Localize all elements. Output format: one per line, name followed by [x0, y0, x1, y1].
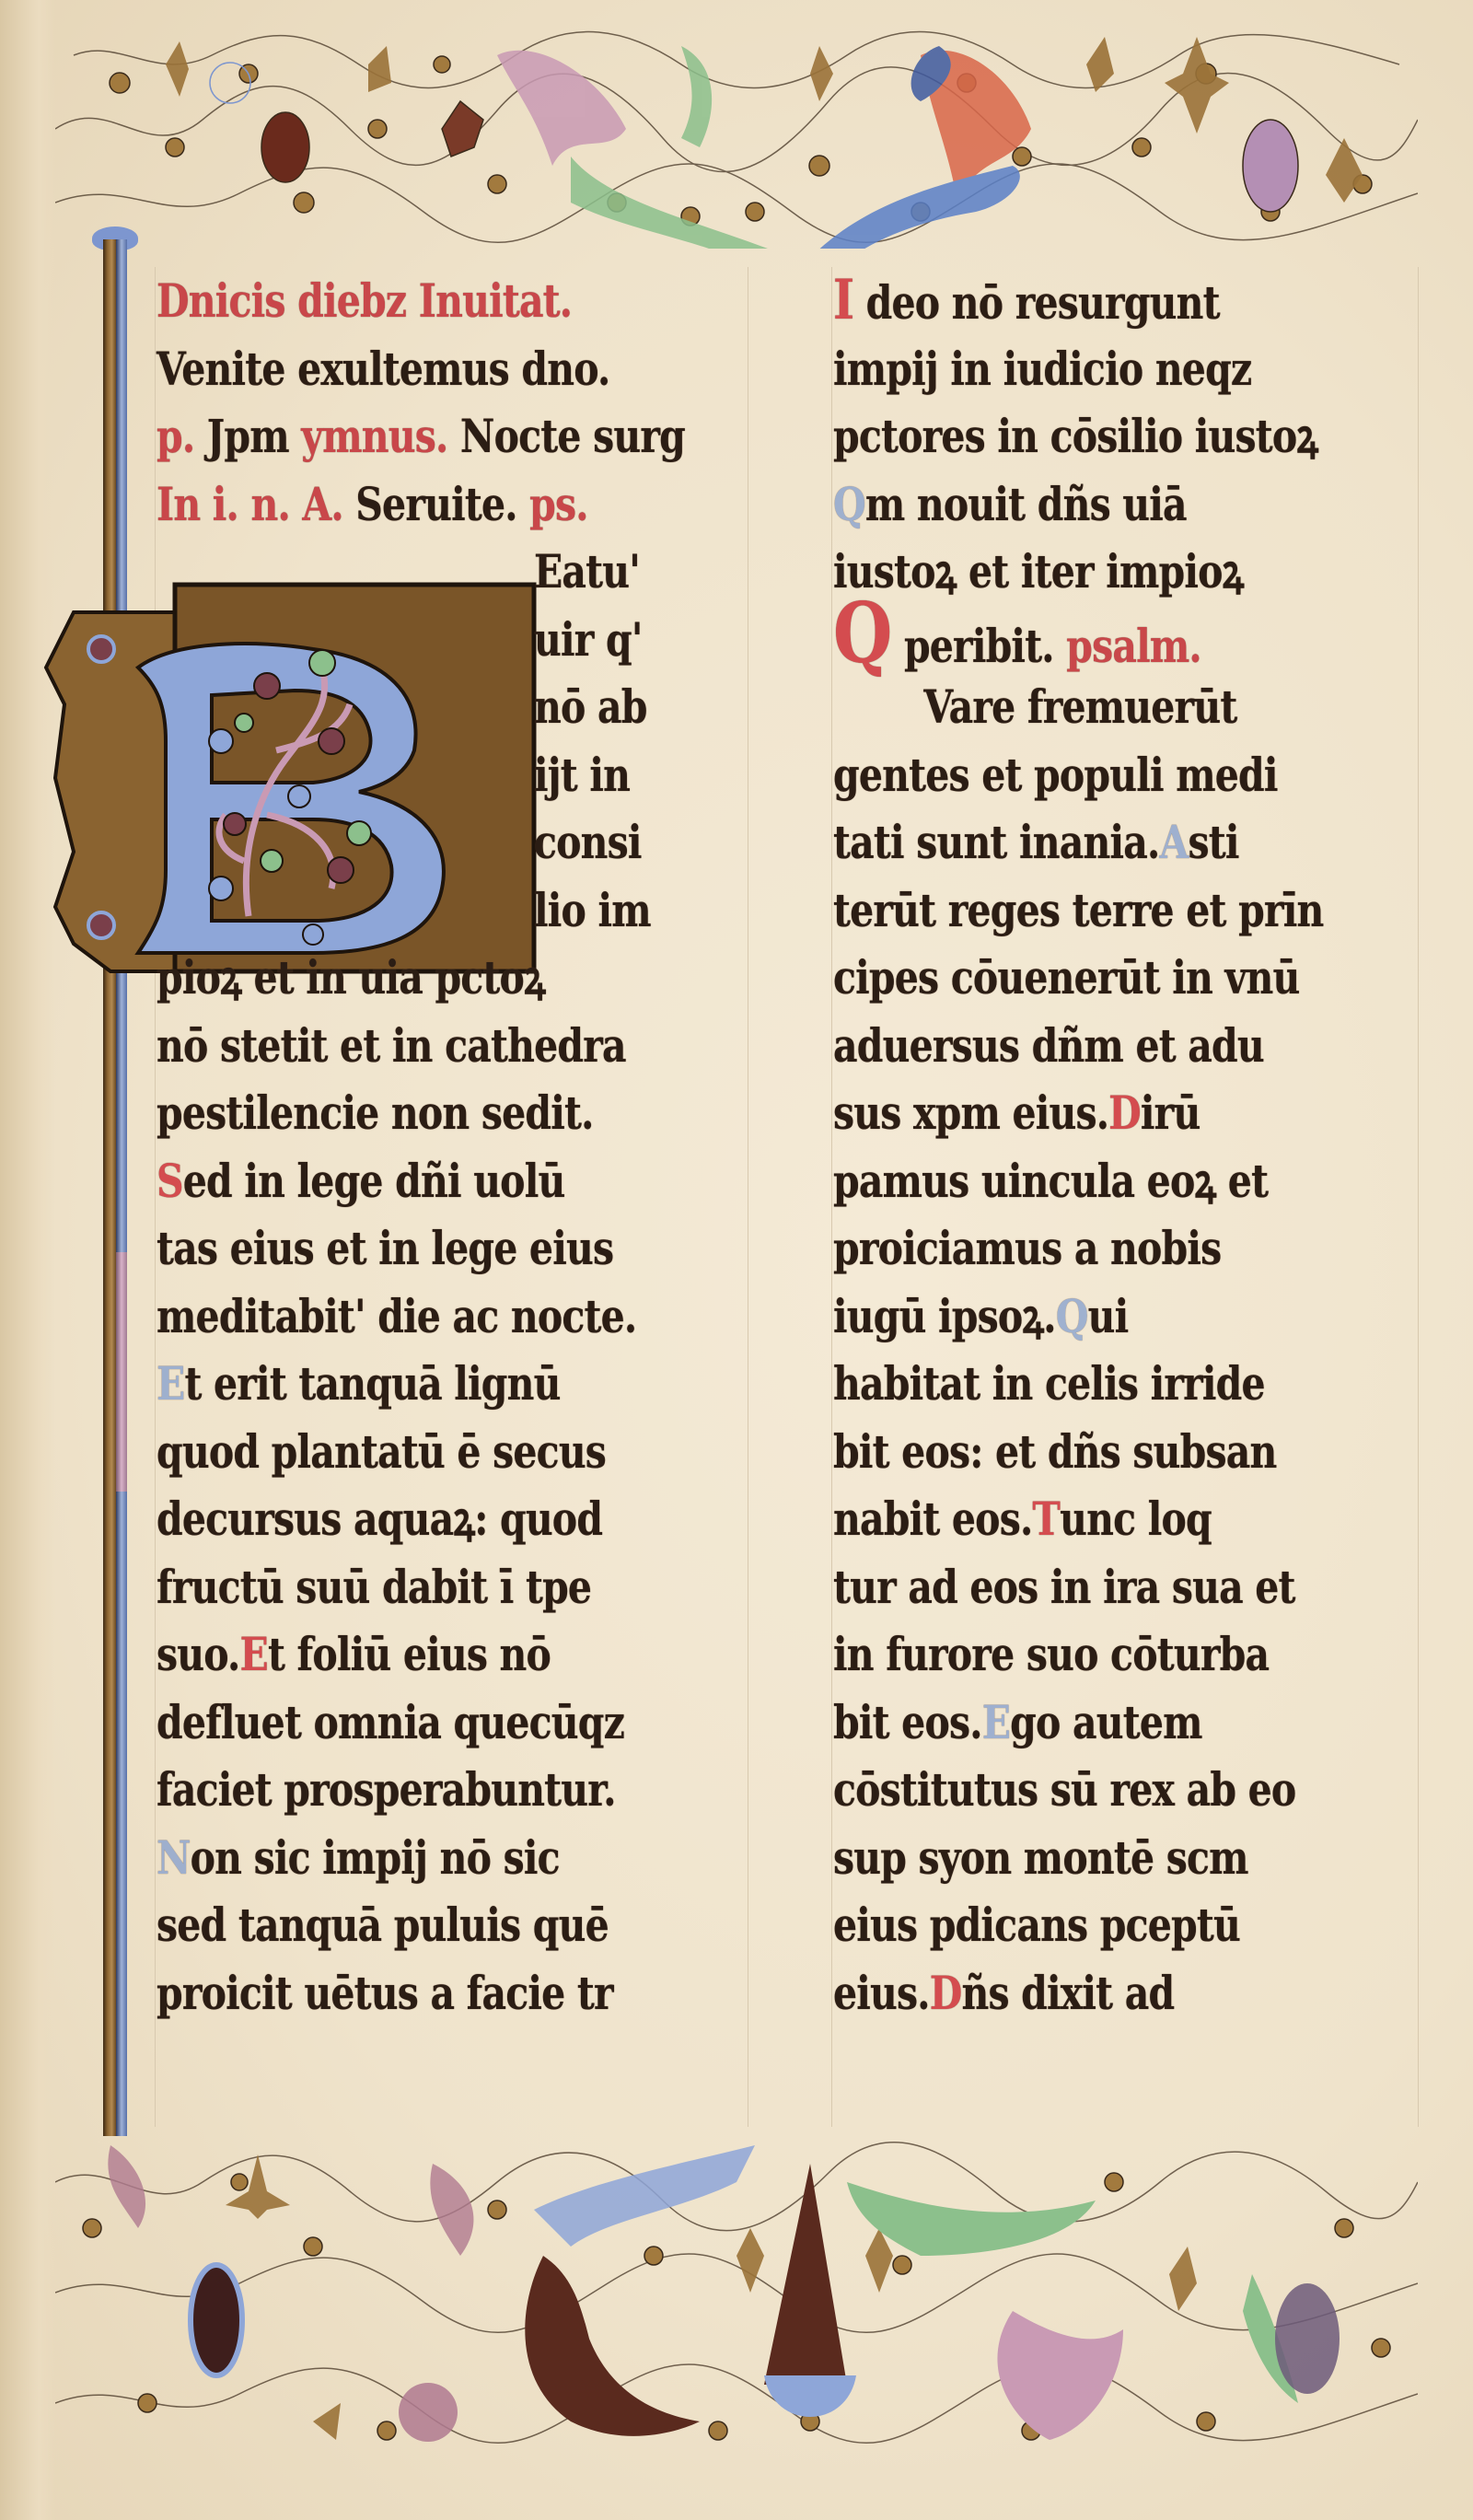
text-span: eius.: [833, 1966, 930, 2020]
minor-initial: T: [1032, 1485, 1060, 1553]
text-line: nō stetit et in cathedra: [157, 1012, 640, 1080]
text-line: sus xpm eius.Dirū: [833, 1079, 1316, 1147]
text-line: Eatu': [157, 538, 640, 606]
text-line: Sed in lege dñi uolū: [157, 1147, 640, 1215]
text-line: I deo nō resurgunt: [833, 267, 1316, 335]
rubric-text: In i. n. A.: [157, 477, 355, 531]
text-line: terūt reges terre et prīn: [833, 877, 1316, 945]
text-line: iugū ipsoꝝ.Qui: [833, 1283, 1316, 1351]
ruling-right-col-left: [831, 267, 832, 2127]
text-span: Seruite.: [355, 477, 529, 531]
text-line: aduersus dñm et adu: [833, 1012, 1316, 1080]
text-line: Et erit tanquā lignū: [157, 1350, 640, 1418]
text-span: peribit.: [904, 619, 1054, 673]
text-span: unc loq: [1060, 1492, 1212, 1546]
minor-initial: Q: [833, 470, 865, 539]
minor-initial: A: [1159, 808, 1188, 877]
text-span: m nouit dñs uiā: [865, 477, 1187, 531]
minor-initial: Q: [1056, 1283, 1088, 1351]
manuscript-page: Dnicis diebz Inuitat. Venite exultemus d…: [0, 0, 1473, 2520]
text-line: nabit eos.Tunc loq: [833, 1485, 1316, 1553]
text-span: Nocte surg: [460, 409, 685, 463]
text-line: consi: [157, 808, 640, 877]
text-span: t erit tanquā lignū: [184, 1356, 560, 1411]
bar-blue-stripe: [116, 239, 127, 2136]
text-line: eius pdicans pceptū: [833, 1891, 1316, 1959]
text-line: cōstitutus sū rex ab eo: [833, 1756, 1316, 1824]
text-line: sed tanquā puluis quē: [157, 1891, 640, 1959]
minor-initial: D: [930, 1959, 962, 2027]
text-line: habitat in celis irride: [833, 1350, 1316, 1418]
large-red-initial: Q: [833, 606, 891, 661]
text-line: cipes cōuenerūt in vnū: [833, 944, 1316, 1012]
text-span: ñs dixit ad: [961, 1966, 1174, 2020]
text-span: ed in lege dñi uolū: [183, 1154, 565, 1208]
text-span: sti: [1188, 815, 1238, 869]
text-line: lio im: [157, 877, 640, 945]
text-line: faciet prosperabuntur.: [157, 1756, 640, 1824]
bottom-border-decoration: [55, 2127, 1418, 2468]
rubric-text: ps.: [529, 477, 588, 531]
text-line: bit eos.Ego autem: [833, 1689, 1316, 1757]
text-span: go autem: [1010, 1695, 1202, 1749]
rubric-text: psalm.: [1066, 619, 1201, 673]
minor-initial: N: [157, 1824, 191, 1892]
minor-initial: E: [982, 1689, 1010, 1757]
text-span: Jpm: [207, 409, 301, 463]
text-line: decursus aquaꝝ: quod: [157, 1485, 640, 1553]
minor-initial: E: [157, 1350, 184, 1418]
text-span: irū: [1141, 1086, 1200, 1140]
text-line: In i. n. A. Seruite. ps.: [157, 470, 640, 539]
text-line: tur ad eos in ira sua et: [833, 1553, 1316, 1621]
text-line: iustoꝝ et iter impioꝝ: [833, 538, 1316, 606]
text-line: in furore suo cōturba: [833, 1620, 1316, 1689]
text-span: tati sunt inania.: [833, 815, 1159, 869]
text-line: fructū suū dabit ī tpe: [157, 1553, 640, 1621]
text-line: tati sunt inania.Asti: [833, 808, 1316, 877]
text-span: suo.: [157, 1627, 240, 1681]
text-span: t foliū eius nō: [268, 1627, 551, 1681]
text-line: proicit uētus a facie tr: [157, 1959, 640, 2027]
text-line: suo.Et foliū eius nō: [157, 1620, 640, 1689]
text-line: pioꝝ et in uia pctoꝝ: [157, 944, 640, 1012]
text-line: proiciamus a nobis: [833, 1214, 1316, 1283]
left-border-bar: [99, 239, 131, 2136]
text-line: Q peribit. psalm.: [833, 606, 1316, 674]
acanthus-border-top-icon: [55, 18, 1418, 249]
text-line: meditabit' die ac nocte.: [157, 1283, 640, 1351]
text-line: defluet omnia quecūqz: [157, 1689, 640, 1757]
text-line: uir q': [157, 606, 640, 674]
minor-initial: E: [240, 1620, 268, 1689]
text-line: impij in iudicio neqz: [833, 335, 1316, 403]
top-border-decoration: [55, 18, 1418, 249]
ruling-left-col-right: [748, 267, 748, 2127]
text-line: nō ab: [157, 673, 640, 741]
text-line: p. Jpm ymnus. Nocte surg: [157, 402, 640, 470]
rubric-text: p.: [157, 409, 207, 463]
left-text-column: Dnicis diebz Inuitat. Venite exultemus d…: [157, 267, 746, 2026]
text-line: quod plantatū ē secus: [157, 1418, 640, 1486]
text-span: on sic impij nō sic: [191, 1830, 560, 1885]
text-span: ui: [1088, 1289, 1129, 1343]
text-line: tas eius et in lege eius: [157, 1214, 640, 1283]
text-line: Qm nouit dñs uiā: [833, 470, 1316, 539]
text-line: pamus uincula eoꝝ et: [833, 1147, 1316, 1215]
text-line: pestilencie non sedit.: [157, 1079, 640, 1147]
text-line: pctores in cōsilio iustoꝝ: [833, 402, 1316, 470]
bar-gold-stripe: [103, 239, 116, 2136]
text-span: nabit eos.: [833, 1492, 1032, 1546]
minor-initial: I: [833, 267, 853, 335]
text-line: eius.Dñs dixit ad: [833, 1959, 1316, 2027]
bar-pink-stripe: [116, 1252, 127, 1492]
text-line: gentes et populi medi: [833, 741, 1316, 809]
rubric-line: Dnicis diebz Inuitat.: [157, 267, 640, 335]
acanthus-border-bottom-icon: [55, 2127, 1418, 2468]
binding-gutter: [0, 0, 55, 2520]
minor-initial: S: [157, 1147, 183, 1215]
text-line: ijt in: [157, 741, 640, 809]
text-line: Vare fremuerūt: [833, 673, 1316, 741]
text-line: Venite exultemus dno.: [157, 335, 640, 403]
text-line: Non sic impij nō sic: [157, 1824, 640, 1892]
minor-initial: D: [1108, 1079, 1141, 1147]
text-span: sus xpm eius.: [833, 1086, 1108, 1140]
text-line: sup syon montē scm: [833, 1824, 1316, 1892]
text-span: bit eos.: [833, 1695, 982, 1749]
rubric-text: ymnus.: [301, 409, 460, 463]
text-line: bit eos: et dñs subsan: [833, 1418, 1316, 1486]
text-span: deo nō resurgunt: [866, 275, 1220, 330]
ruling-left-col-left: [155, 267, 156, 2127]
text-span: iugū ipsoꝝ.: [833, 1289, 1056, 1343]
right-text-column: I deo nō resurgunt impij in iudicio neqz…: [833, 267, 1422, 2026]
